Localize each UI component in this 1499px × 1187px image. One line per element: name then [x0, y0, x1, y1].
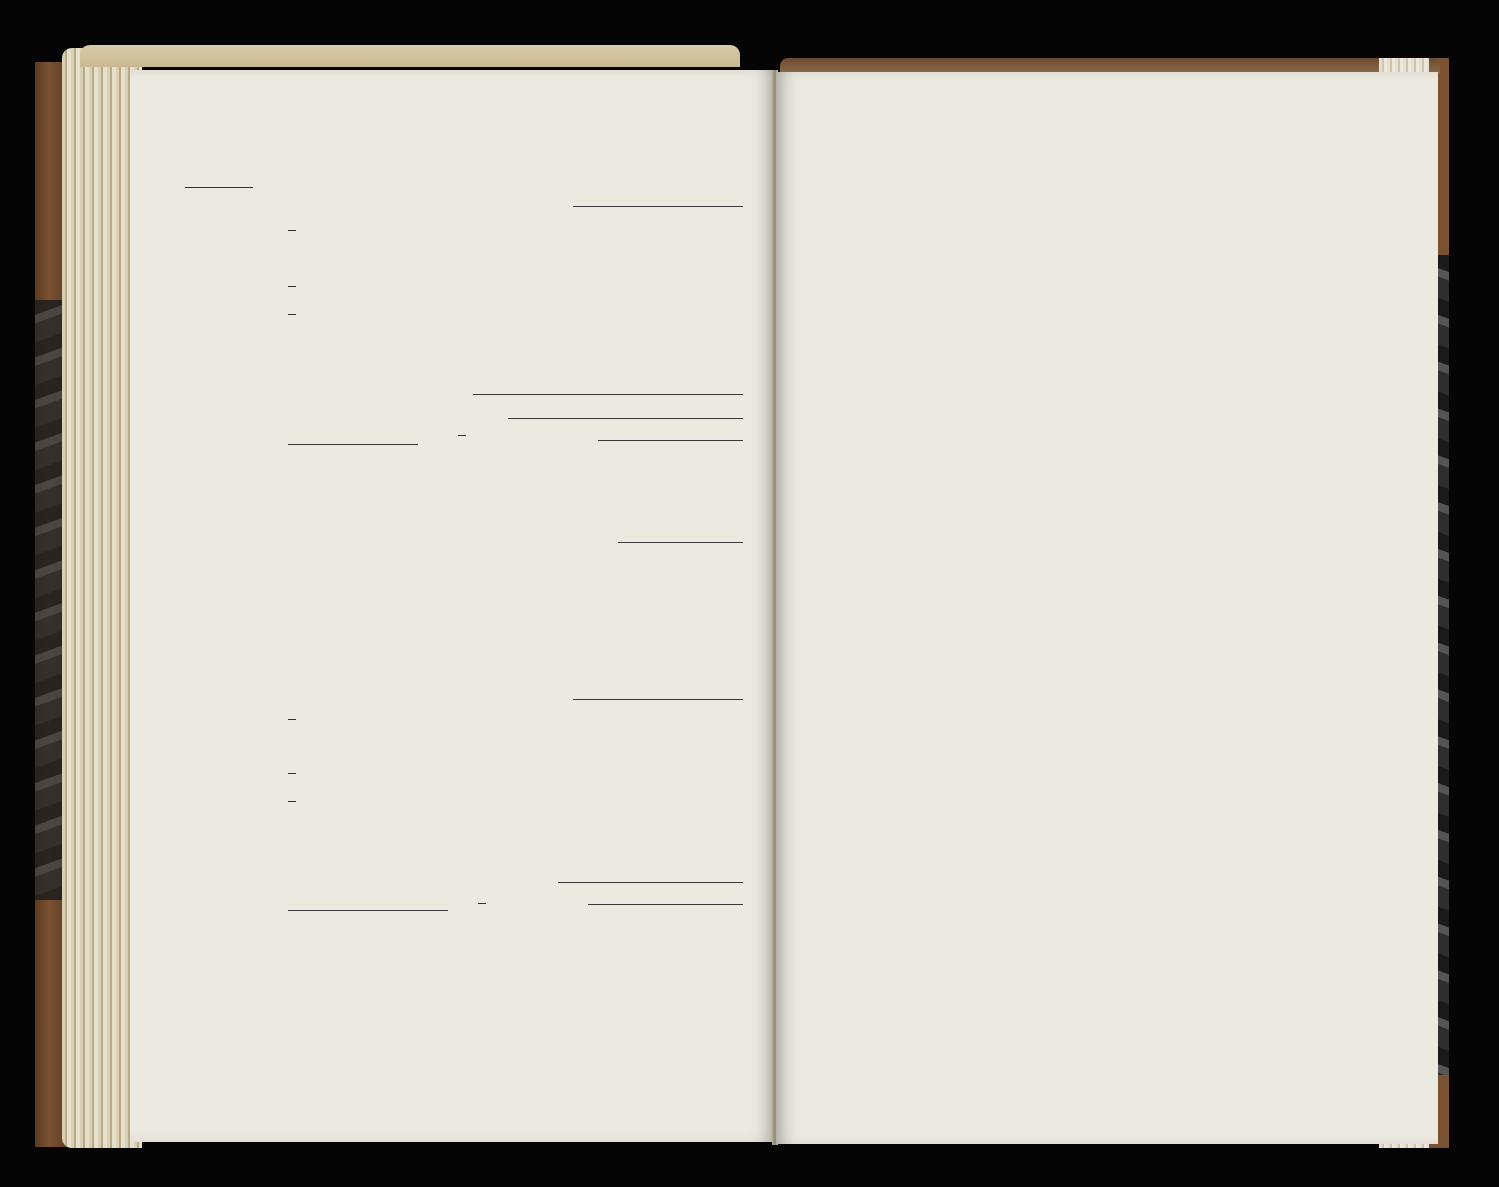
rule-line: [508, 418, 743, 419]
child-name: [458, 435, 466, 436]
rule-line: [473, 394, 743, 395]
page-edge-top-left: [80, 45, 740, 67]
rule-line: [618, 542, 743, 543]
entry-number: [185, 155, 195, 185]
declarant-name: [288, 230, 296, 231]
mother-last-name: [288, 314, 296, 315]
mother-first-name: [288, 286, 296, 287]
rule-line: [573, 206, 743, 207]
child-name: [478, 903, 486, 904]
mother-first-name: [288, 773, 296, 774]
rule-line: [288, 910, 448, 911]
entry-number-underline: [185, 187, 253, 188]
open-register-book: [0, 0, 1499, 1187]
declarant-name: [288, 719, 296, 720]
entry-number: [195, 645, 205, 675]
rule-line: [588, 904, 743, 905]
right-page: [776, 72, 1438, 1144]
rule-line: [573, 699, 743, 700]
left-page: [130, 70, 774, 1142]
mother-last-name: [288, 801, 296, 802]
rule-line: [598, 440, 743, 441]
rule-line: [288, 444, 418, 445]
rule-line: [558, 882, 743, 883]
